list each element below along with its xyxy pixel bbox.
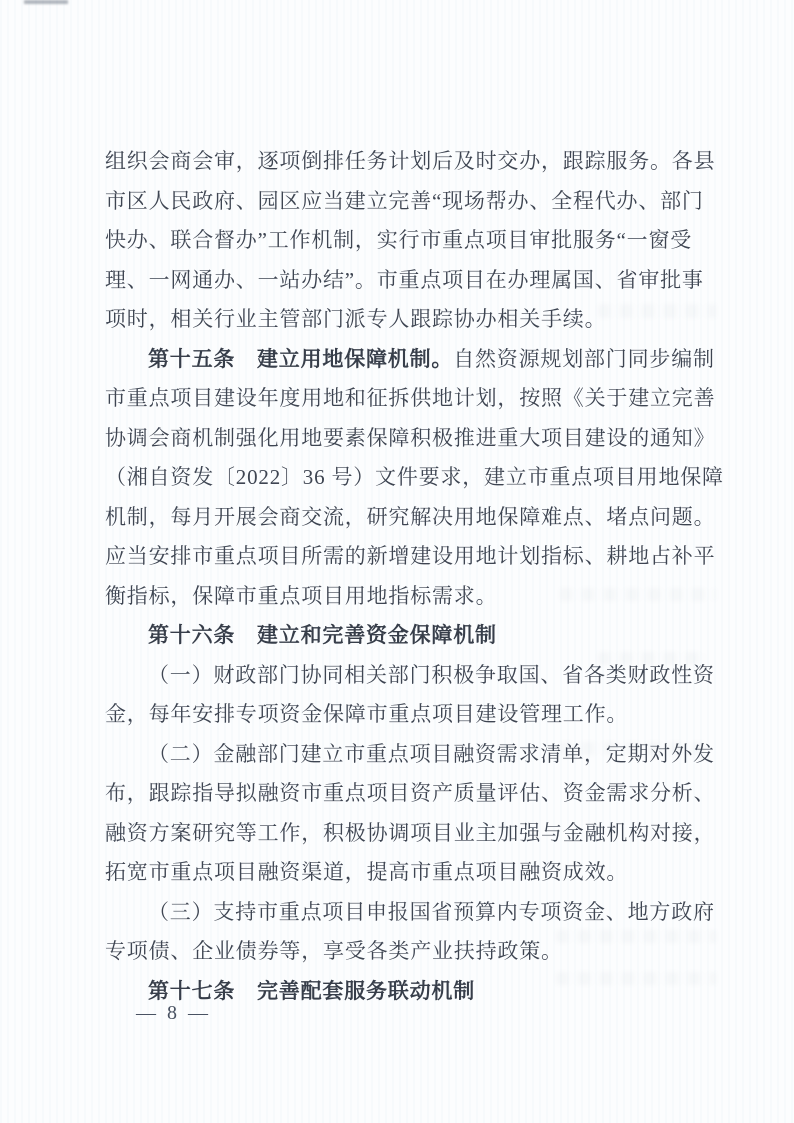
line-text: 市区人民政府、园区应当建立完善“现场帮办、全程代办、部门 (105, 189, 704, 213)
text-line: 专项债、企业债券等，享受各类产业扶持政策。 (105, 932, 720, 972)
line-text: 机制，每月开展会商交流，研究解决用地保障难点、堵点问题。 (105, 505, 715, 529)
text-line: （湘自资发〔2022〕36 号）文件要求，建立市重点项目用地保障 (105, 458, 720, 498)
line-text: 融资方案研究等工作，积极协调项目业主加强与金融机构对接， (105, 821, 715, 845)
line-text: 组织会商会审，逐项倒排任务计划后及时交办，跟踪服务。各县 (105, 149, 715, 173)
text-line: 机制，每月开展会商交流，研究解决用地保障难点、堵点问题。 (105, 498, 720, 538)
text-line: 第十五条 建立用地保障机制。自然资源规划部门同步编制 (105, 340, 720, 380)
text-line: 金，每年安排专项资金保障市重点项目建设管理工作。 (105, 695, 720, 735)
line-text: 项时，相关行业主管部门派专人跟踪协办相关手续。 (105, 307, 606, 331)
scan-artifact-top-smudge (24, 0, 68, 4)
line-text: 金，每年安排专项资金保障市重点项目建设管理工作。 (105, 702, 628, 726)
scanned-document-page: 组织会商会审，逐项倒排任务计划后及时交办，跟踪服务。各县市区人民政府、园区应当建… (0, 0, 794, 1123)
text-line: 拓宽市重点项目融资渠道，提高市重点项目融资成效。 (105, 853, 720, 893)
text-line: 项时，相关行业主管部门派专人跟踪协办相关手续。 (105, 300, 720, 340)
text-line: 衡指标，保障市重点项目用地指标需求。 (105, 577, 720, 617)
line-text: （湘自资发〔2022〕36 号）文件要求，建立市重点项目用地保障 (105, 465, 724, 489)
text-line: （二）金融部门建立市重点项目融资需求清单，定期对外发 (105, 735, 720, 775)
text-line: 融资方案研究等工作，积极协调项目业主加强与金融机构对接， (105, 814, 720, 854)
text-line: 市重点项目建设年度用地和征拆供地计划，按照《关于建立完善 (105, 379, 720, 419)
text-line: （三）支持市重点项目申报国省预算内专项资金、地方政府 (105, 893, 720, 933)
text-line: 快办、联合督办”工作机制，实行市重点项目审批服务“一窗受 (105, 221, 720, 261)
text-line: 协调会商机制强化用地要素保障积极推进重大项目建设的通知》 (105, 419, 720, 459)
text-line: 第十六条 建立和完善资金保障机制 (105, 616, 720, 656)
article-heading: 第十五条 建立用地保障机制。 (148, 347, 453, 371)
line-text: 应当安排市重点项目所需的新增建设用地计划指标、耕地占补平 (105, 544, 715, 568)
line-text: 快办、联合督办”工作机制，实行市重点项目审批服务“一窗受 (105, 228, 692, 252)
text-line: 市区人民政府、园区应当建立完善“现场帮办、全程代办、部门 (105, 182, 720, 222)
text-line: （一）财政部门协同相关部门积极争取国、省各类财政性资 (105, 656, 720, 696)
line-text: 协调会商机制强化用地要素保障积极推进重大项目建设的通知》 (105, 426, 715, 450)
text-line: 组织会商会审，逐项倒排任务计划后及时交办，跟踪服务。各县 (105, 142, 720, 182)
line-text: 衡指标，保障市重点项目用地指标需求。 (105, 584, 497, 608)
line-text: 理、一网通办、一站办结”。市重点项目在办理属国、省审批事 (105, 268, 704, 292)
line-text: 自然资源规划部门同步编制 (453, 347, 715, 371)
page-number: — 8 — (136, 998, 211, 1028)
line-text: 专项债、企业债券等，享受各类产业扶持政策。 (105, 939, 563, 963)
line-text: 布，跟踪指导拟融资市重点项目资产质量评估、资金需求分析、 (105, 781, 715, 805)
text-line: 理、一网通办、一站办结”。市重点项目在办理属国、省审批事 (105, 261, 720, 301)
line-text: （一）财政部门协同相关部门积极争取国、省各类财政性资 (148, 663, 715, 687)
text-line: 应当安排市重点项目所需的新增建设用地计划指标、耕地占补平 (105, 537, 720, 577)
line-text: 拓宽市重点项目融资渠道，提高市重点项目融资成效。 (105, 860, 628, 884)
line-text: （三）支持市重点项目申报国省预算内专项资金、地方政府 (148, 900, 715, 924)
line-text: （二）金融部门建立市重点项目融资需求清单，定期对外发 (148, 742, 715, 766)
line-text: 市重点项目建设年度用地和征拆供地计划，按照《关于建立完善 (105, 386, 715, 410)
text-line: 布，跟踪指导拟融资市重点项目资产质量评估、资金需求分析、 (105, 774, 720, 814)
article-heading: 第十六条 建立和完善资金保障机制 (148, 623, 497, 647)
document-body: 组织会商会审，逐项倒排任务计划后及时交办，跟踪服务。各县市区人民政府、园区应当建… (105, 142, 720, 1011)
